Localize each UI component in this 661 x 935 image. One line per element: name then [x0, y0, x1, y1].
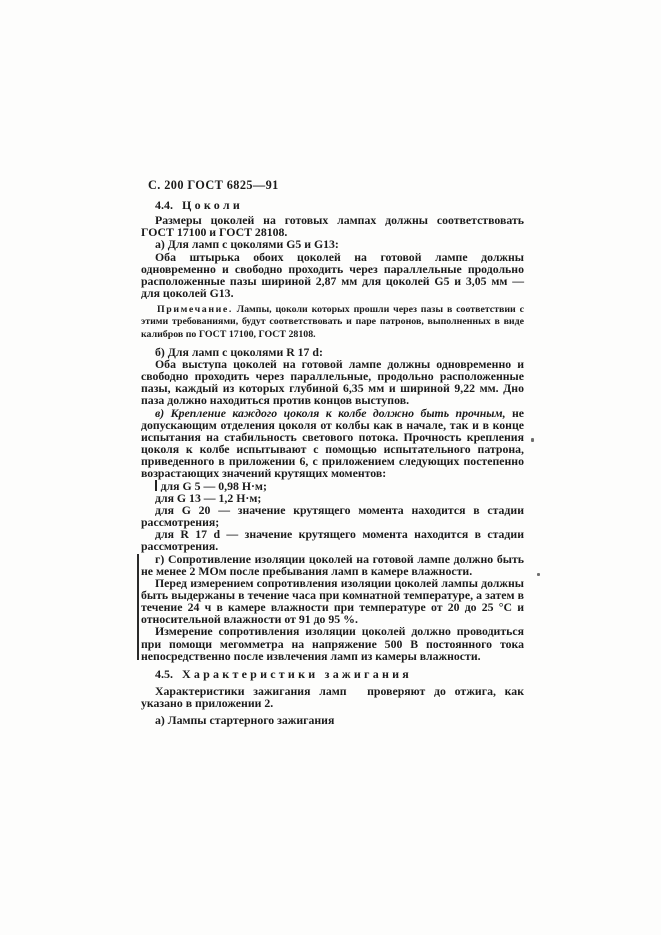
torque-item-g20: для G 20 — значение крутящего момента на… — [141, 504, 524, 528]
torque-item-g5: для G 5 — 0,98 Н·м; — [141, 480, 524, 492]
note-block: Примечание. Лампы, цоколи которых прошли… — [141, 304, 524, 341]
running-header: С. 200 ГОСТ 6825—91 — [148, 178, 279, 193]
section-number: 4.5. — [155, 667, 173, 681]
revision-bar-icon — [155, 480, 157, 491]
section-title: Характеристики зажигания — [182, 667, 412, 681]
paragraph-ignition: Характеристики зажигания ламп проверяют … — [141, 685, 524, 709]
paragraph-cap-sizes: Размеры цоколей на готовых лампах должны… — [141, 214, 524, 238]
section-heading-4-4: 4.4.Цоколи — [141, 199, 524, 211]
requirement-body: не допускающим отделения цоколя от колбы… — [141, 406, 524, 481]
paragraph-pins: Оба штырька обоих цоколей на готовой лам… — [141, 251, 524, 300]
section-heading-4-5: 4.5.Характеристики зажигания — [141, 668, 524, 680]
paragraph-item-v: в) Крепление каждого цоколя к колбе долж… — [141, 407, 524, 480]
scan-artifact — [531, 438, 534, 442]
section-number: 4.4. — [155, 198, 173, 212]
revision-marked-block: г) Сопротивление изоляции цоколей на гот… — [141, 553, 524, 662]
torque-item-r17d: для R 17 d — значение крутящего момента … — [141, 528, 524, 552]
paragraph-before-measurement: Перед измерением сопротивления изоляции … — [141, 577, 524, 626]
section-title: Цоколи — [182, 198, 243, 212]
paragraph-item-a: а) Для ламп с цоколями G5 и G13: — [141, 238, 524, 250]
paragraph-item-g: г) Сопротивление изоляции цоколей на гот… — [141, 553, 524, 577]
paragraph-starter-lamps: а) Лампы стартерного зажигания — [141, 714, 524, 726]
document-content: 4.4.Цоколи Размеры цоколей на готовых ла… — [141, 197, 524, 727]
paragraph-protrusions: Оба выступа цоколей на готовой лампе дол… — [141, 358, 524, 407]
document-page: С. 200 ГОСТ 6825—91 4.4.Цоколи Размеры ц… — [0, 0, 661, 935]
note-label: Примечание. — [157, 304, 233, 315]
paragraph-measurement: Измерение сопротивления изоляции цоколей… — [141, 625, 524, 661]
scan-artifact — [537, 573, 540, 576]
